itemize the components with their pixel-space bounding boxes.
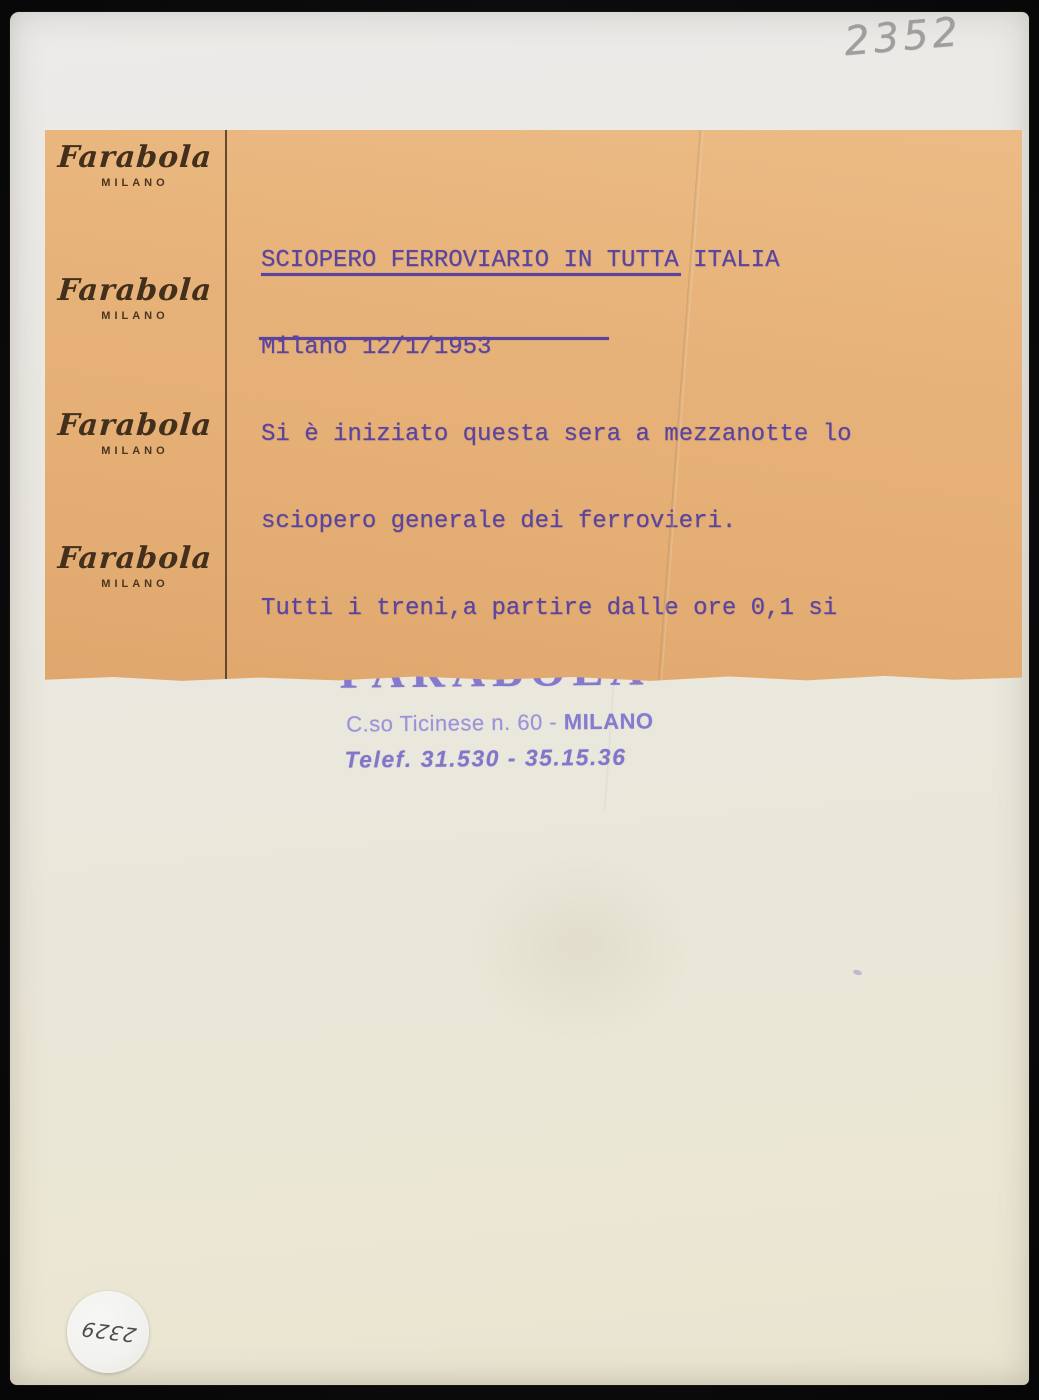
round-sticker: 2329 xyxy=(67,1291,149,1373)
photo-verso-scan: 2352 FARABOLA C.so Ticinese n. 60 - MILA… xyxy=(0,0,1039,1400)
farabola-logo: Farabola MILANO xyxy=(45,410,225,457)
caption-nella-foto: Nella foto: un aspetto della Stazione Ce… xyxy=(261,1203,1017,1232)
farabola-logo: Farabola MILANO xyxy=(45,543,225,590)
caption-text: SCIOPERO FERROVIARIO IN TUTTA ITALIA Mil… xyxy=(261,188,1017,1377)
logo-script-text: Farabola xyxy=(44,543,226,575)
stamp-phone: Telef. 31.530 - 35.15.36 xyxy=(344,743,670,773)
farabola-logo: Farabola MILANO xyxy=(45,275,225,322)
photo-paper: 2352 FARABOLA C.so Ticinese n. 60 - MILA… xyxy=(10,12,1029,1385)
logo-column: Farabola MILANO Farabola MILANO Farabola… xyxy=(45,130,225,682)
label-divider xyxy=(225,130,227,682)
logo-city-label: MILANO xyxy=(45,310,225,322)
caption-title: SCIOPERO FERROVIARIO IN TUTTA ITALIA xyxy=(261,246,1017,275)
stamp-city: MILANO xyxy=(564,708,654,734)
logo-city-label: MILANO xyxy=(45,578,225,590)
caption-dateline: Milano 12/1/1953 xyxy=(261,333,1017,362)
logo-script-text: Farabola xyxy=(44,142,226,174)
caption-line: collegamenti fra i grandi centri e la pr… xyxy=(261,1029,1017,1058)
caption-line: Si è iniziato questa sera a mezzanotte l… xyxy=(261,420,1017,449)
paper-smudge xyxy=(465,852,695,1042)
logo-script-text: Farabola xyxy=(44,275,226,307)
caption-line: Tutti i treni,a partire dalle ore 0,1 si xyxy=(261,594,1017,623)
stamp-street: C.so Ticinese n. 60 - xyxy=(346,709,564,736)
caption-closing: di Milano. xyxy=(261,1290,1017,1319)
logo-script-text: Farabola xyxy=(44,410,226,442)
nella-foto-lead: Nella foto: xyxy=(261,1203,419,1235)
sticker-number: 2329 xyxy=(78,1317,138,1347)
caption-line: sciopero generale dei ferrovieri. xyxy=(261,507,1017,536)
logo-city-label: MILANO xyxy=(45,445,225,457)
caption-line: cia. xyxy=(261,1116,1017,1145)
caption-label: Farabola MILANO Farabola MILANO Farabola… xyxy=(45,130,1022,682)
stamp-address: C.so Ticinese n. 60 - MILANO xyxy=(346,708,670,737)
logo-city-label: MILANO xyxy=(45,177,225,189)
farabola-logo: Farabola MILANO xyxy=(45,142,225,189)
pencil-number: 2352 xyxy=(842,9,963,65)
ink-speck xyxy=(852,969,862,977)
nella-foto-rest: un aspetto della Stazione Centrale xyxy=(419,1204,923,1231)
